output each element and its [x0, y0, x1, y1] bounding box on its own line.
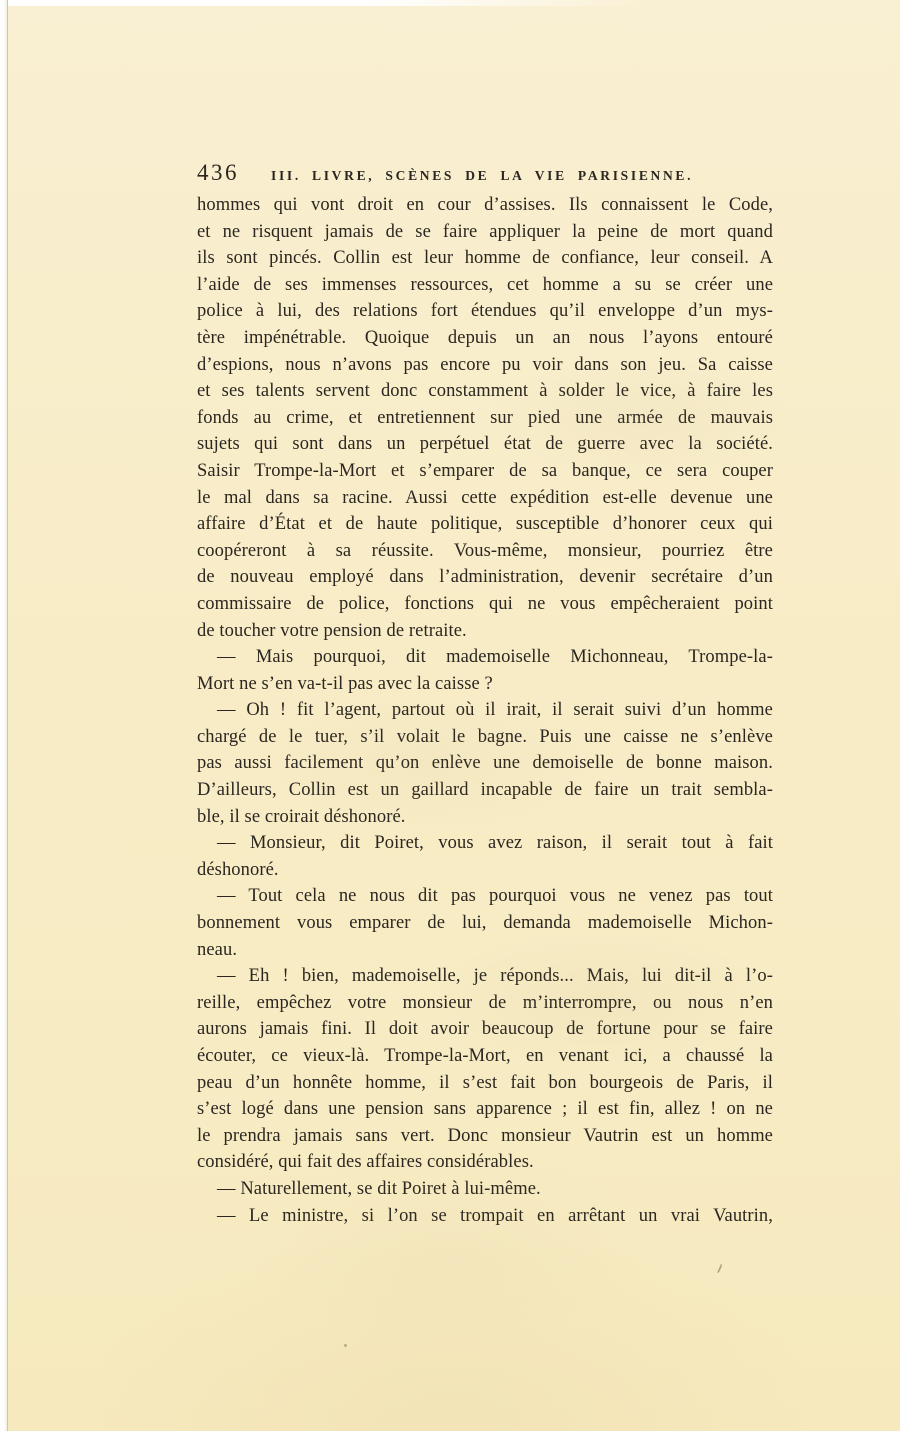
text-line: — Tout cela ne nous dit pas pourquoi vou…	[197, 883, 773, 910]
paragraph: — Eh ! bien, mademoiselle, je réponds...…	[197, 963, 773, 1176]
text-line: — Oh ! fit l’agent, partout où il irait,…	[197, 697, 773, 724]
text-line: écouter, ce vieux-là. Trompe-la-Mort, en…	[197, 1043, 773, 1070]
scanned-book-page: 436 III. LIVRE, SCÈNES DE LA VIE PARISIE…	[0, 0, 900, 1431]
text-line: tère impénétrable. Quoique depuis un an …	[197, 325, 773, 352]
text-line: D’ailleurs, Collin est un gaillard incap…	[197, 777, 773, 804]
paragraph: — Naturellement, se dit Poiret à lui-mêm…	[197, 1176, 773, 1203]
text-line: commissaire de police, fonctions qui ne …	[197, 591, 773, 618]
text-line: sujets qui sont dans un perpétuel état d…	[197, 431, 773, 458]
scan-edge-left	[0, 0, 8, 1431]
text-line: aurons jamais fini. Il doit avoir beauco…	[197, 1016, 773, 1043]
text-line: de toucher votre pension de retraite.	[197, 618, 773, 645]
paragraph: — Tout cela ne nous dit pas pourquoi vou…	[197, 883, 773, 963]
page-number: 436	[197, 160, 239, 186]
page-header: 436 III. LIVRE, SCÈNES DE LA VIE PARISIE…	[197, 160, 775, 186]
ink-stray-mark	[714, 1262, 723, 1273]
text-line: — Eh ! bien, mademoiselle, je réponds...…	[197, 963, 773, 990]
text-line: déshonoré.	[197, 857, 773, 884]
text-line: affaire d’État et de haute politique, su…	[197, 511, 773, 538]
running-title: III. LIVRE, SCÈNES DE LA VIE PARISIENNE.	[271, 168, 693, 184]
text-line: et ne risquent jamais de se faire appliq…	[197, 219, 773, 246]
text-line: coopéreront à sa réussite. Vous-même, mo…	[197, 538, 773, 565]
text-line: le prendra jamais sans vert. Donc monsie…	[197, 1123, 773, 1150]
text-line: fonds au crime, et entretiennent sur pie…	[197, 405, 773, 432]
text-line: peau d’un honnête homme, il s’est fait b…	[197, 1070, 773, 1097]
text-line: — Naturellement, se dit Poiret à lui-mêm…	[197, 1176, 773, 1203]
text-line: — Le ministre, si l’on se trompait en ar…	[197, 1203, 773, 1230]
text-line: police à lui, des relations fort étendue…	[197, 298, 773, 325]
text-line: l’aide de ses immenses ressources, cet h…	[197, 272, 773, 299]
paragraph: hommes qui vont droit en cour d’assises.…	[197, 192, 773, 644]
text-line: considéré, qui fait des affaires considé…	[197, 1149, 773, 1176]
scan-edge-top	[0, 0, 660, 6]
text-line: reille, empêchez votre monsieur de m’int…	[197, 990, 773, 1017]
text-line: hommes qui vont droit en cour d’assises.…	[197, 192, 773, 219]
text-line: — Monsieur, dit Poiret, vous avez raison…	[197, 830, 773, 857]
paper-speck	[344, 1344, 347, 1347]
text-line: chargé de le tuer, s’il volait le bagne.…	[197, 724, 773, 751]
paragraph: — Oh ! fit l’agent, partout où il irait,…	[197, 697, 773, 830]
text-line: de nouveau employé dans l’administration…	[197, 564, 773, 591]
paragraph: — Le ministre, si l’on se trompait en ar…	[197, 1203, 773, 1230]
text-line: et ses talents servent donc constamment …	[197, 378, 773, 405]
text-line: bonnement vous emparer de lui, demanda m…	[197, 910, 773, 937]
text-line: Saisir Trompe-la-Mort et s’emparer de sa…	[197, 458, 773, 485]
text-line: neau.	[197, 937, 773, 964]
text-line: d’espions, nous n’avons pas encore pu vo…	[197, 352, 773, 379]
paragraph: — Monsieur, dit Poiret, vous avez raison…	[197, 830, 773, 883]
text-line: le mal dans sa racine. Aussi cette expéd…	[197, 485, 773, 512]
text-line: s’est logé dans une pension sans apparen…	[197, 1096, 773, 1123]
text-line: ble, il se croirait déshonoré.	[197, 804, 773, 831]
text-line: — Mais pourquoi, dit mademoiselle Michon…	[197, 644, 773, 671]
text-line: ils sont pincés. Collin est leur homme d…	[197, 245, 773, 272]
text-line: pas aussi facilement qu’on enlève une de…	[197, 750, 773, 777]
text-line: Mort ne s’en va-t-il pas avec la caisse …	[197, 671, 773, 698]
text-block: hommes qui vont droit en cour d’assises.…	[197, 192, 773, 1229]
paragraph: — Mais pourquoi, dit mademoiselle Michon…	[197, 644, 773, 697]
